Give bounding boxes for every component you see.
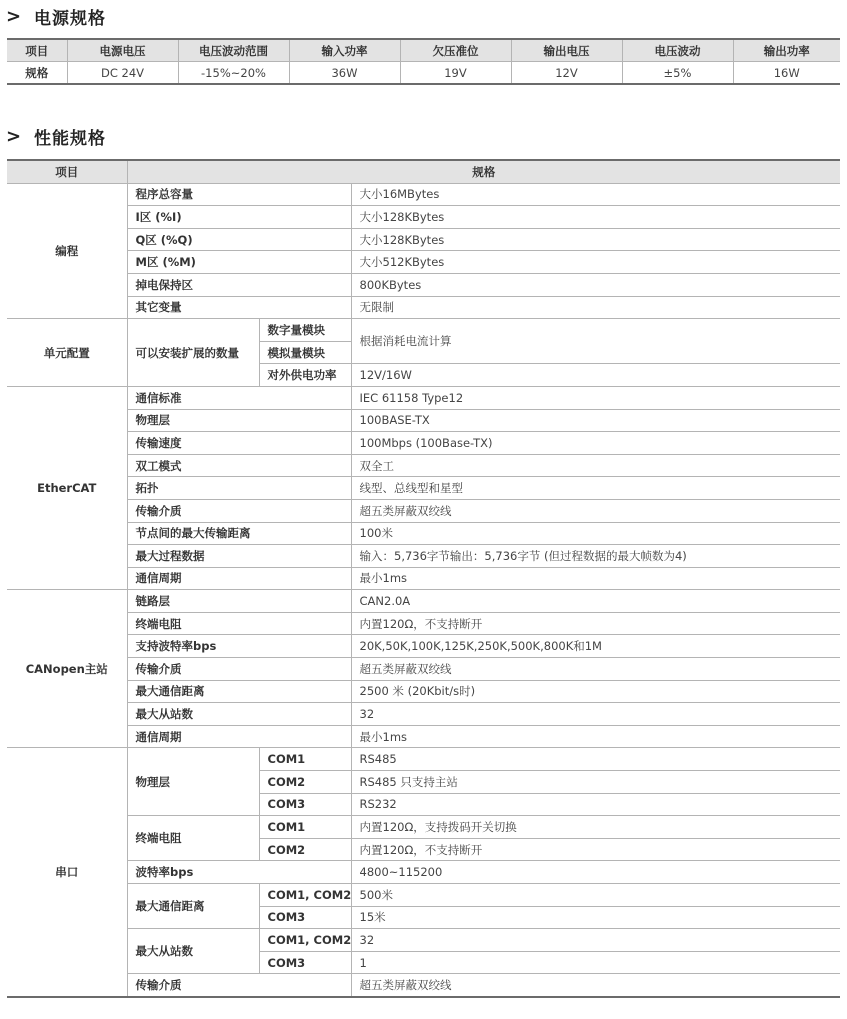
value-cell: 最小1ms — [351, 567, 840, 590]
table-row: 终端电阻 内置120Ω，不支持断开 — [7, 612, 840, 635]
table-row: 规格 DC 24V -15%~20% 36W 19V 12V ±5% 16W — [7, 62, 840, 85]
table-row: 物理层 100BASE-TX — [7, 409, 840, 432]
item-cell: 支持波特率bps — [127, 635, 351, 658]
value-cell: IEC 61158 Type12 — [351, 386, 840, 409]
sub-item-cell: COM2 — [259, 771, 351, 794]
header-cell: 输出电压 — [511, 39, 622, 62]
item-cell: M区 (%M) — [127, 251, 351, 274]
item-cell: 传输介质 — [127, 658, 351, 681]
header-cell: 欠压准位 — [400, 39, 511, 62]
value-cell: RS485 — [351, 748, 840, 771]
sub-item-cell: 模拟量模块 — [259, 341, 351, 364]
header-cell: 电压波动范围 — [178, 39, 289, 62]
sub-item-cell: COM3 — [259, 906, 351, 929]
value-cell: 36W — [289, 62, 400, 85]
group-canopen: CANopen主站 — [7, 590, 127, 748]
table-row: 波特率bps 4800~115200 — [7, 861, 840, 884]
row-label: 规格 — [7, 62, 67, 85]
item-cell: 最大过程数据 — [127, 545, 351, 568]
item-cell: 波特率bps — [127, 861, 351, 884]
sub-item-cell: COM1, COM2 — [259, 929, 351, 952]
table-row: I区 (%I) 大小128KBytes — [7, 206, 840, 229]
sub-item-cell: 数字量模块 — [259, 319, 351, 342]
value-cell: 100BASE-TX — [351, 409, 840, 432]
sub-item-cell: COM3 — [259, 951, 351, 974]
item-cell: 最大通信距离 — [127, 680, 351, 703]
item-cell: 其它变量 — [127, 296, 351, 319]
table-row: 串口 物理层 COM1 RS485 — [7, 748, 840, 771]
item-cell: 最大从站数 — [127, 703, 351, 726]
item-cell: 程序总容量 — [127, 183, 351, 206]
sub-item-cell: COM1 — [259, 816, 351, 839]
item-cell: 传输介质 — [127, 499, 351, 522]
item-cell: 物理层 — [127, 409, 351, 432]
header-cell: 项目 — [7, 160, 127, 183]
value-cell: 超五类屏蔽双绞线 — [351, 499, 840, 522]
table-row: 双工模式 双全工 — [7, 454, 840, 477]
group-programming: 编程 — [7, 183, 127, 319]
item-cell: I区 (%I) — [127, 206, 351, 229]
value-cell: RS485 只支持主站 — [351, 771, 840, 794]
table-row: 传输介质 超五类屏蔽双绞线 — [7, 974, 840, 997]
table-row: 终端电阻 COM1 内置120Ω，支持拨码开关切换 — [7, 816, 840, 839]
value-cell: 大小128KBytes — [351, 206, 840, 229]
perf-header-row: 项目 规格 — [7, 160, 840, 183]
item-cell: 掉电保持区 — [127, 273, 351, 296]
table-row: 掉电保持区 800KBytes — [7, 273, 840, 296]
sub-item-cell: COM3 — [259, 793, 351, 816]
value-cell: 32 — [351, 703, 840, 726]
group-ethercat: EtherCAT — [7, 386, 127, 589]
header-cell: 电源电压 — [67, 39, 178, 62]
value-cell: 16W — [733, 62, 840, 85]
table-row: 拓扑 线型、总线型和星型 — [7, 477, 840, 500]
item-cell: 双工模式 — [127, 454, 351, 477]
table-row: 其它变量 无限制 — [7, 296, 840, 319]
value-cell: 无限制 — [351, 296, 840, 319]
value-cell: 19V — [400, 62, 511, 85]
value-cell: 双全工 — [351, 454, 840, 477]
power-spec-table: 项目 电源电压 电压波动范围 输入功率 欠压准位 输出电压 电压波动 输出功率 … — [7, 38, 840, 85]
value-cell: 32 — [351, 929, 840, 952]
item-cell: Q区 (%Q) — [127, 228, 351, 251]
item-cell: 通信周期 — [127, 567, 351, 590]
value-cell: RS232 — [351, 793, 840, 816]
chevron-right-icon: > — [6, 6, 28, 27]
header-cell: 电压波动 — [622, 39, 733, 62]
value-cell: 大小128KBytes — [351, 228, 840, 251]
value-cell: CAN2.0A — [351, 590, 840, 613]
table-row: Q区 (%Q) 大小128KBytes — [7, 228, 840, 251]
value-cell: 100米 — [351, 522, 840, 545]
table-row: 编程 程序总容量 大小16MBytes — [7, 183, 840, 206]
table-row: 传输介质 超五类屏蔽双绞线 — [7, 499, 840, 522]
value-cell: -15%~20% — [178, 62, 289, 85]
value-cell: 1 — [351, 951, 840, 974]
power-section-heading: > 电源规格 — [6, 4, 106, 29]
chevron-right-icon: > — [6, 126, 28, 147]
item-cell: 传输速度 — [127, 432, 351, 455]
value-cell: 800KBytes — [351, 273, 840, 296]
table-row: 最大从站数 COM1, COM2 32 — [7, 929, 840, 952]
header-cell: 输入功率 — [289, 39, 400, 62]
value-cell: 500米 — [351, 884, 840, 907]
header-cell: 规格 — [127, 160, 840, 183]
value-cell: 内置120Ω，支持拨码开关切换 — [351, 816, 840, 839]
value-cell: 输入：5,736字节输出：5,736字节 (但过程数据的最大帧数为4) — [351, 545, 840, 568]
value-cell: 内置120Ω，不支持断开 — [351, 838, 840, 861]
performance-spec-table: 项目 规格 编程 程序总容量 大小16MBytes I区 (%I) 大小128K… — [7, 159, 840, 998]
item-cell: 通信周期 — [127, 725, 351, 748]
item-cell: 最大从站数 — [127, 929, 259, 974]
value-cell: 15米 — [351, 906, 840, 929]
value-cell: 根据消耗电流计算 — [351, 319, 840, 364]
table-row: EtherCAT 通信标准 IEC 61158 Type12 — [7, 386, 840, 409]
value-cell: 2500 米 (20Kbit/s时) — [351, 680, 840, 703]
sub-item-cell: COM1 — [259, 748, 351, 771]
value-cell: 超五类屏蔽双绞线 — [351, 974, 840, 997]
header-cell: 项目 — [7, 39, 67, 62]
item-cell: 节点间的最大传输距离 — [127, 522, 351, 545]
item-cell: 物理层 — [127, 748, 259, 816]
value-cell: 线型、总线型和星型 — [351, 477, 840, 500]
item-cell: 最大通信距离 — [127, 884, 259, 929]
sub-item-cell: 对外供电功率 — [259, 364, 351, 387]
table-row: 节点间的最大传输距离 100米 — [7, 522, 840, 545]
value-cell: 内置120Ω，不支持断开 — [351, 612, 840, 635]
table-row: 通信周期 最小1ms — [7, 567, 840, 590]
value-cell: DC 24V — [67, 62, 178, 85]
header-cell: 输出功率 — [733, 39, 840, 62]
table-row: 最大从站数 32 — [7, 703, 840, 726]
table-row: 传输介质 超五类屏蔽双绞线 — [7, 658, 840, 681]
value-cell: 超五类屏蔽双绞线 — [351, 658, 840, 681]
table-row: 支持波特率bps 20K,50K,100K,125K,250K,500K,800… — [7, 635, 840, 658]
sub-item-cell: COM2 — [259, 838, 351, 861]
table-row: M区 (%M) 大小512KBytes — [7, 251, 840, 274]
value-cell: ±5% — [622, 62, 733, 85]
item-cell: 通信标准 — [127, 386, 351, 409]
sub-item-cell: COM1, COM2 — [259, 884, 351, 907]
table-row: 最大过程数据 输入：5,736字节输出：5,736字节 (但过程数据的最大帧数为… — [7, 545, 840, 568]
item-cell: 终端电阻 — [127, 612, 351, 635]
table-row: 通信周期 最小1ms — [7, 725, 840, 748]
value-cell: 12V — [511, 62, 622, 85]
table-row: 最大通信距离 COM1, COM2 500米 — [7, 884, 840, 907]
item-cell: 终端电阻 — [127, 816, 259, 861]
table-row: 传输速度 100Mbps (100Base-TX) — [7, 432, 840, 455]
table-row: CANopen主站 链路层 CAN2.0A — [7, 590, 840, 613]
value-cell: 最小1ms — [351, 725, 840, 748]
group-serial: 串口 — [7, 748, 127, 997]
item-cell: 传输介质 — [127, 974, 351, 997]
value-cell: 100Mbps (100Base-TX) — [351, 432, 840, 455]
perf-section-heading: > 性能规格 — [6, 124, 106, 149]
perf-section-title: 性能规格 — [34, 124, 106, 149]
item-cell: 可以安装扩展的数量 — [127, 319, 259, 387]
value-cell: 大小16MBytes — [351, 183, 840, 206]
value-cell: 4800~115200 — [351, 861, 840, 884]
value-cell: 大小512KBytes — [351, 251, 840, 274]
table-row: 最大通信距离 2500 米 (20Kbit/s时) — [7, 680, 840, 703]
item-cell: 拓扑 — [127, 477, 351, 500]
value-cell: 20K,50K,100K,125K,250K,500K,800K和1M — [351, 635, 840, 658]
power-header-row: 项目 电源电压 电压波动范围 输入功率 欠压准位 输出电压 电压波动 输出功率 — [7, 39, 840, 62]
value-cell: 12V/16W — [351, 364, 840, 387]
item-cell: 链路层 — [127, 590, 351, 613]
table-row: 单元配置 可以安装扩展的数量 数字量模块 根据消耗电流计算 — [7, 319, 840, 342]
group-unit-config: 单元配置 — [7, 319, 127, 387]
power-section-title: 电源规格 — [34, 4, 106, 29]
